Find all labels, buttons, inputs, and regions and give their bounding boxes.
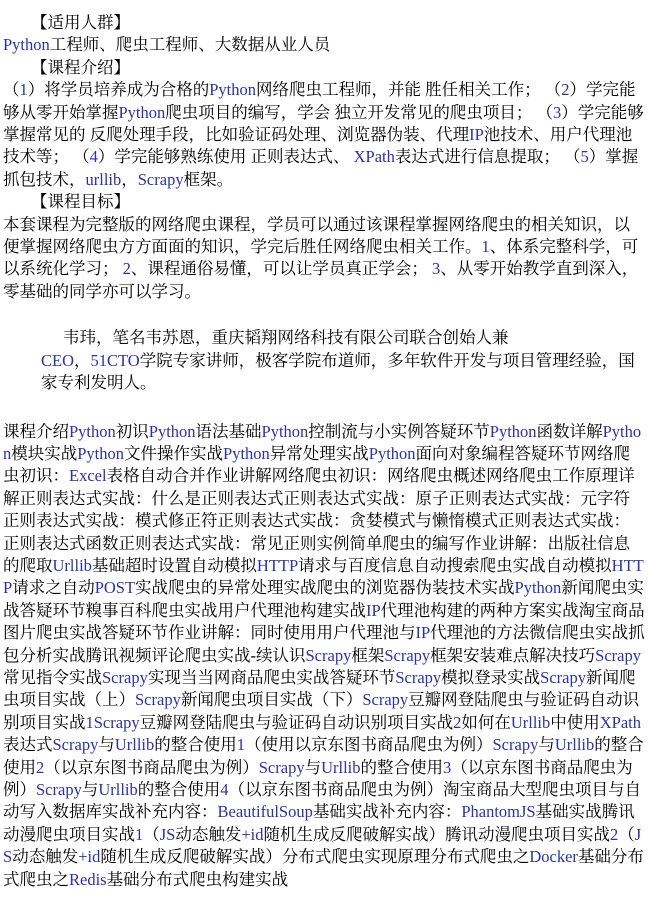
text-segment-zh: （ — [143, 825, 160, 844]
text-segment-zh: 语法基础 — [196, 422, 262, 441]
text-segment-zh: 与 — [98, 735, 115, 754]
course-intro-heading: 【课程介绍】 — [3, 57, 645, 79]
text-segment-zh: 韦玮，笔名韦苏恩，重庆韬翔网络科技有限公司联合创始人兼 — [63, 328, 509, 347]
text-segment-en: 3 — [432, 259, 440, 278]
text-segment-zh: 动态触发 — [12, 847, 78, 866]
text-segment-en: Python — [69, 422, 116, 441]
text-segment-zh: 基础实战补充内容： — [313, 802, 462, 821]
text-segment-en: Scrapy — [306, 646, 352, 665]
course-intro-paragraph: （1）将学员培养成为合格的Python网络爬虫工程师，并能 胜任相关工作； （2… — [3, 79, 645, 191]
text-segment-en: Python — [515, 578, 562, 597]
text-segment-en: 51CTO — [91, 351, 140, 370]
text-segment-zh: 网络爬虫工程师，并能 胜任相关工作； （ — [256, 80, 561, 99]
text-segment-zh: 豆瓣网登陆爬虫与验证码自动识别项目实战 — [140, 713, 454, 732]
text-segment-zh: ）将学员培养成为合格的 — [28, 80, 210, 99]
text-segment-zh: 动态触发 — [175, 825, 241, 844]
text-segment-en: Scrapy — [395, 668, 441, 687]
text-segment-en: Scrapy — [53, 735, 99, 754]
course-goal-heading: 【课程目标】 — [3, 191, 645, 213]
text-segment-en: IP — [416, 623, 431, 642]
text-segment-en: Python — [209, 80, 256, 99]
text-segment-en: Python — [149, 422, 196, 441]
text-segment-en: Urllib — [53, 556, 92, 575]
text-segment-zh: （ — [3, 80, 20, 99]
text-segment-en: +id — [78, 847, 100, 866]
text-segment-en: Urllib — [321, 758, 360, 777]
text-segment-zh: 请求之自动 — [12, 578, 95, 597]
course-goal-paragraph: 本套课程为完整版的网络爬虫课程，学员可以通过该课程掌握网络爬虫的相关知识，以便掌… — [3, 214, 645, 304]
text-segment-zh: 异常处理实战 — [270, 444, 369, 463]
text-segment-en: Redis — [69, 870, 107, 889]
text-segment-en: BeautifulSoup — [218, 802, 313, 821]
text-segment-en: PhantomJS — [461, 802, 535, 821]
text-segment-zh: 模拟登录实战 — [441, 668, 540, 687]
text-segment-en: 4 — [220, 780, 228, 799]
text-segment-en: Urllib — [511, 713, 550, 732]
text-segment-en: 2 — [610, 825, 618, 844]
text-segment-en: Scrapy — [362, 690, 408, 709]
text-segment-en: +id — [241, 825, 263, 844]
text-segment-en: 4 — [90, 147, 98, 166]
text-segment-zh: 表达式 — [3, 735, 53, 754]
course-description-document: 【适用人群】 Python工程师、爬虫工程师、大数据从业人员 【课程介绍】 （1… — [0, 0, 650, 903]
text-segment-zh: （使用以京东图书商品爬虫为例） — [245, 735, 493, 754]
text-segment-en: urllib — [86, 170, 122, 189]
text-segment-zh: ， — [74, 351, 91, 370]
text-segment-zh: 爬虫项目的编写，学会 独立开发常见的爬虫项目； （ — [165, 103, 553, 122]
text-segment-en: Scrapy — [36, 780, 82, 799]
text-segment-zh: 表达式进行信息提取； （ — [395, 147, 581, 166]
text-segment-zh: ， — [121, 170, 138, 189]
text-segment-zh: 基础分布式爬虫构建实战 — [107, 870, 289, 889]
text-segment-en: 3 — [443, 758, 451, 777]
text-segment-zh: ）学完能够熟练使用 正则表达式、 — [98, 147, 354, 166]
text-segment-zh: 新闻爬虫项目实战（下） — [181, 690, 363, 709]
course-outline-paragraph: 课程介绍Python初识Python语法基础Python控制流与小实例答疑环节P… — [3, 421, 645, 892]
text-segment-zh: 文件操作实战 — [124, 444, 223, 463]
text-segment-en: Scrapy — [102, 668, 148, 687]
text-segment-zh: 基础超时设置自动模拟 — [92, 556, 257, 575]
text-segment-zh: 框架 — [351, 646, 384, 665]
text-segment-en: Python — [223, 444, 270, 463]
text-segment-zh: 随机生成反爬破解实战）分布式爬虫实现原理分布式爬虫之 — [100, 847, 529, 866]
text-segment-zh: 中使用 — [550, 713, 600, 732]
text-segment-zh: 、课程通俗易懂，可以让学员真正学会； — [131, 259, 432, 278]
author-bio-block: 韦玮，笔名韦苏恩，重庆韬翔网络科技有限公司联合创始人兼 CEO，51CTO学院专… — [3, 327, 645, 394]
text-segment-zh: 框架。 — [184, 170, 234, 189]
audience-paragraph: Python工程师、爬虫工程师、大数据从业人员 — [3, 34, 645, 56]
text-segment-en: Scrapy — [493, 735, 539, 754]
text-segment-en: Scrapy — [595, 646, 641, 665]
text-segment-en: 2 — [123, 259, 131, 278]
text-segment-zh: 初识 — [116, 422, 149, 441]
text-segment-zh: （ — [618, 825, 635, 844]
text-segment-zh: 请求与百度信息自动搜索爬虫实战自动模拟 — [298, 556, 612, 575]
text-segment-zh: 模块实战 — [11, 444, 77, 463]
text-segment-en: Scrapy — [135, 690, 181, 709]
text-segment-en: IP — [366, 601, 381, 620]
text-segment-zh: 函数详解 — [537, 422, 603, 441]
text-segment-en: Urllib — [555, 735, 594, 754]
text-segment-en: 1 — [482, 237, 490, 256]
text-segment-en: Python — [490, 422, 537, 441]
text-segment-en: Python — [3, 35, 50, 54]
text-segment-zh: 的整合使用 — [361, 758, 444, 777]
text-segment-en: XPath — [354, 147, 395, 166]
text-segment-en: 1Scrapy — [86, 713, 140, 732]
text-segment-zh: 实战爬虫的异常处理实战爬虫的浏览器伪装技术实战 — [135, 578, 515, 597]
text-segment-en: XPath — [600, 713, 641, 732]
text-segment-en: Urllib — [115, 735, 154, 754]
text-segment-zh: 与 — [82, 780, 99, 799]
text-segment-en: 2 — [36, 758, 44, 777]
text-segment-zh: 课程介绍 — [3, 422, 69, 441]
text-segment-en: Scrapy — [259, 758, 305, 777]
text-segment-en: Scrapy — [540, 668, 586, 687]
text-segment-en: Excel — [69, 466, 107, 485]
text-segment-en: Python — [262, 422, 309, 441]
text-segment-en: 1 — [135, 825, 143, 844]
text-segment-en: 1 — [20, 80, 28, 99]
text-segment-en: Python — [369, 444, 416, 463]
text-segment-zh: （以京东图书商品爬虫为例） — [44, 758, 259, 777]
text-segment-en: 5 — [581, 147, 589, 166]
text-segment-en: IP — [469, 125, 484, 144]
text-segment-zh: 随机生成反爬破解实战）腾讯动漫爬虫项目实战 — [264, 825, 611, 844]
text-segment-zh: 工程师、爬虫工程师、大数据从业人员 — [50, 35, 331, 54]
text-segment-en: Scrapy — [138, 170, 184, 189]
text-segment-en: HTTP — [257, 556, 298, 575]
text-segment-en: 1 — [237, 735, 245, 754]
text-segment-en: Urllib — [98, 780, 137, 799]
text-segment-zh: 如何在 — [461, 713, 511, 732]
audience-heading: 【适用人群】 — [3, 12, 645, 34]
text-segment-en: Python — [119, 103, 166, 122]
text-segment-zh: 控制流与小实例答疑环节 — [308, 422, 490, 441]
text-segment-zh: 实现当当网商品爬虫实战答疑环节 — [148, 668, 396, 687]
text-segment-zh: 与 — [305, 758, 322, 777]
author-bio-line-2: CEO，51CTO学院专家讲师，极客学院布道师，多年软件开发与项目管理经验，国家… — [3, 350, 645, 395]
text-segment-en: JS — [160, 825, 176, 844]
text-segment-en: Python — [77, 444, 124, 463]
text-segment-zh: 的整合使用 — [138, 780, 221, 799]
text-segment-zh: 常见指令实战 — [3, 668, 102, 687]
text-segment-zh: 的整合使用 — [154, 735, 237, 754]
text-segment-en: Scrapy — [384, 646, 430, 665]
text-segment-zh: 框架安装难点解决技巧 — [430, 646, 595, 665]
text-segment-en: 2 — [561, 80, 569, 99]
author-bio-line-1: 韦玮，笔名韦苏恩，重庆韬翔网络科技有限公司联合创始人兼 — [3, 327, 645, 349]
text-segment-en: CEO — [41, 351, 74, 370]
text-segment-en: POST — [95, 578, 135, 597]
text-segment-zh: 与 — [538, 735, 555, 754]
text-segment-en: Docker — [529, 847, 578, 866]
